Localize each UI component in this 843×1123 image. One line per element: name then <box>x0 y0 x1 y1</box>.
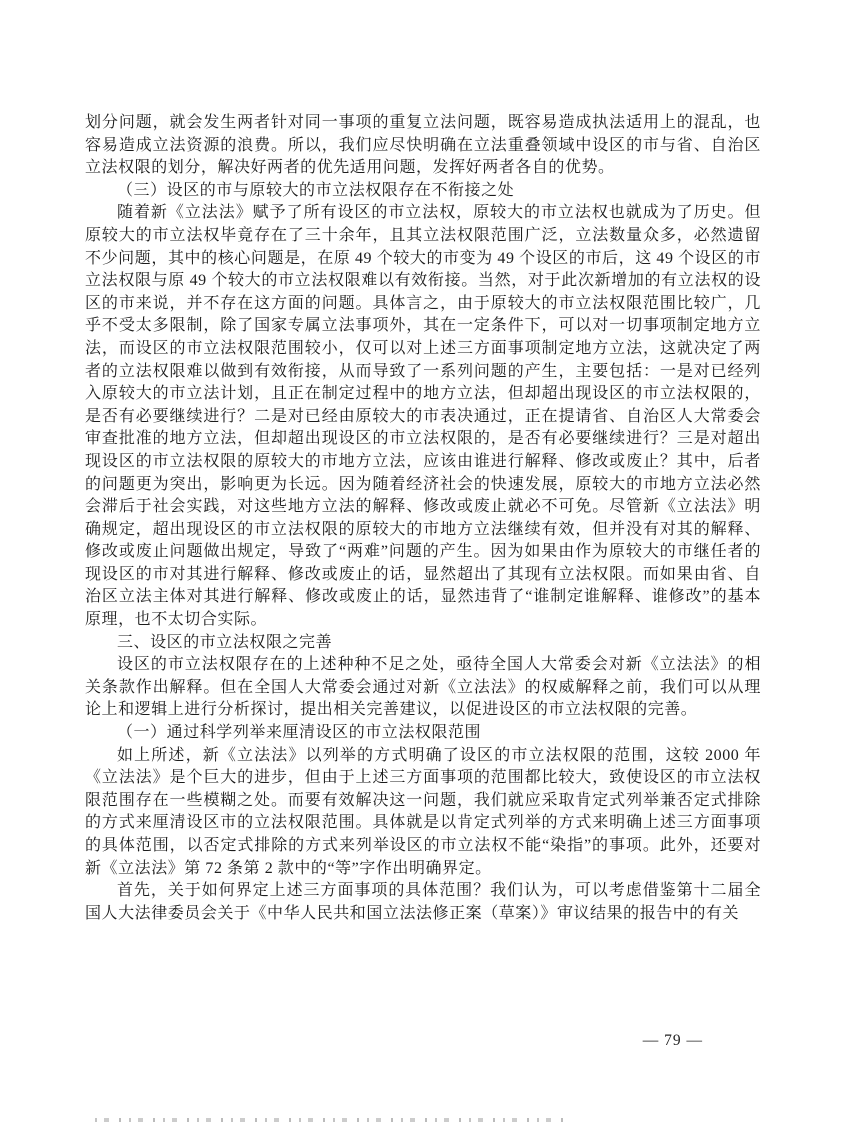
body-paragraph-former-larger-cities: 随着新《立法法》赋予了所有设区的市立法权，原较大的市立法权也就成为了历史。但原较… <box>85 202 761 631</box>
main-text-block: 划分问题，就会发生两者针对同一事项的重复立法问题，既容易造成执法适用上的混乱，也… <box>85 112 761 925</box>
subheading-three-unconnected-limits: （三）设区的市与原较大的市立法权限存在不衔接之处 <box>85 180 761 203</box>
section-heading-perfecting-legislative-limits: 三、设区的市立法权限之完善 <box>85 632 761 655</box>
subheading-one-scientific-enumeration: （一）通过科学列举来厘清设区的市立法权限范围 <box>85 722 761 745</box>
body-paragraph-npc-interpretation: 设区的市立法权限存在的上述种种不足之处，亟待全国人大常委会对新《立法法》的相关条… <box>85 654 761 722</box>
continuation-paragraph: 划分问题，就会发生两者针对同一事项的重复立法问题，既容易造成执法适用上的混乱，也… <box>85 112 761 180</box>
cut-off-text-scan-artifact <box>95 1118 565 1122</box>
document-page: 划分问题，就会发生两者针对同一事项的重复立法问题，既容易造成执法适用上的混乱，也… <box>0 0 843 1123</box>
body-paragraph-defining-scope: 首先，关于如何界定上述三方面事项的具体范围？我们认为，可以考虑借鉴第十二届全国人… <box>85 880 761 925</box>
page-number: — 79 — <box>643 1032 703 1050</box>
body-paragraph-enumeration-method: 如上所述，新《立法法》以列举的方式明确了设区的市立法权限的范围，这较 2000 … <box>85 745 761 881</box>
